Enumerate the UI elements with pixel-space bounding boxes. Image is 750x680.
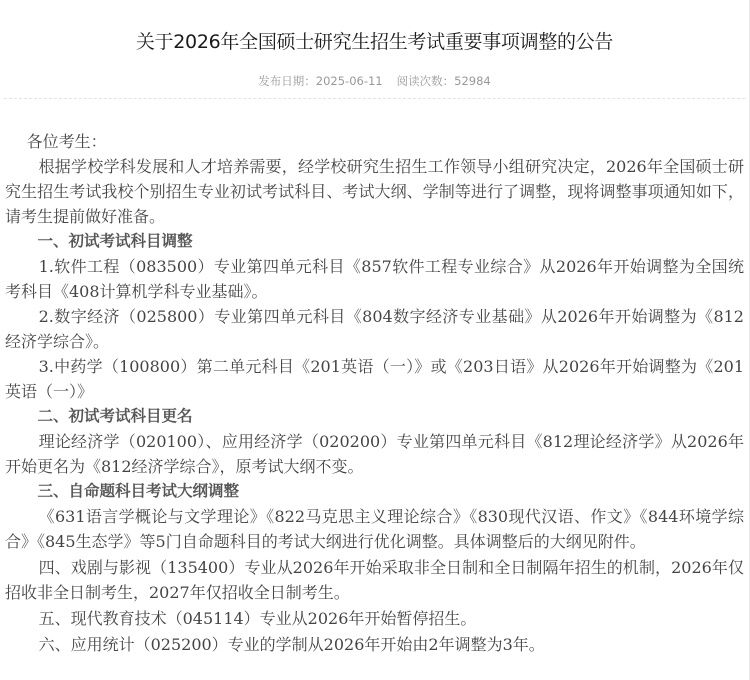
notice-drama-film: 四、戏剧与影视（135400）专业从2026年开始采取非全日制和全日制隔年招生的… xyxy=(5,554,744,605)
article-meta: 发布日期：2025-06-11阅读次数：52984 xyxy=(0,72,749,90)
section-heading-subject-rename: 二、初试考试科目更名 xyxy=(5,404,744,429)
views-count: 52984 xyxy=(454,72,491,90)
notice-education-tech: 五、现代教育技术（045114）专业从2026年开始暂停招生。 xyxy=(5,605,744,631)
notice-applied-statistics: 六、应用统计（025200）专业的学制从2026年开始由2年调整为3年。 xyxy=(5,631,744,657)
article-header: 关于2026年全国硕士研究生招生考试重要事项调整的公告 发布日期：2025-06… xyxy=(0,0,749,90)
section-item: 1.软件工程（083500）专业第四单元科目《857软件工程专业综合》从2026… xyxy=(5,254,744,304)
article-body: 各位考生： 根据学校学科发展和人才培养需要，经学校研究生招生工作领导小组研究决定… xyxy=(0,99,749,657)
section-item: 2.数字经济（025800）专业第四单元科目《804数字经济专业基础》从2026… xyxy=(5,304,744,354)
publish-date-label: 发布日期： xyxy=(258,72,316,90)
article-title: 关于2026年全国硕士研究生招生考试重要事项调整的公告 xyxy=(0,28,749,56)
section-item: 理论经济学（020100）、应用经济学（020200）专业第四单元科目《812理… xyxy=(5,429,744,479)
intro-paragraph: 根据学校学科发展和人才培养需要，经学校研究生招生工作领导小组研究决定，2026年… xyxy=(5,154,744,229)
section-item: 《631语言学概论与文学理论》《822马克思主义理论综合》《830现代汉语、作文… xyxy=(5,504,744,554)
section-heading-subject-adjustment: 一、初试考试科目调整 xyxy=(5,229,744,254)
greeting: 各位考生： xyxy=(5,129,744,154)
section-heading-syllabus-adjustment: 三、自命题科目考试大纲调整 xyxy=(5,479,744,504)
publish-date: 2025-06-11 xyxy=(316,72,383,90)
views-label: 阅读次数： xyxy=(397,72,455,90)
section-item: 3.中药学（100800）第二单元科目《201英语（一）》或《203日语》从20… xyxy=(5,354,744,404)
